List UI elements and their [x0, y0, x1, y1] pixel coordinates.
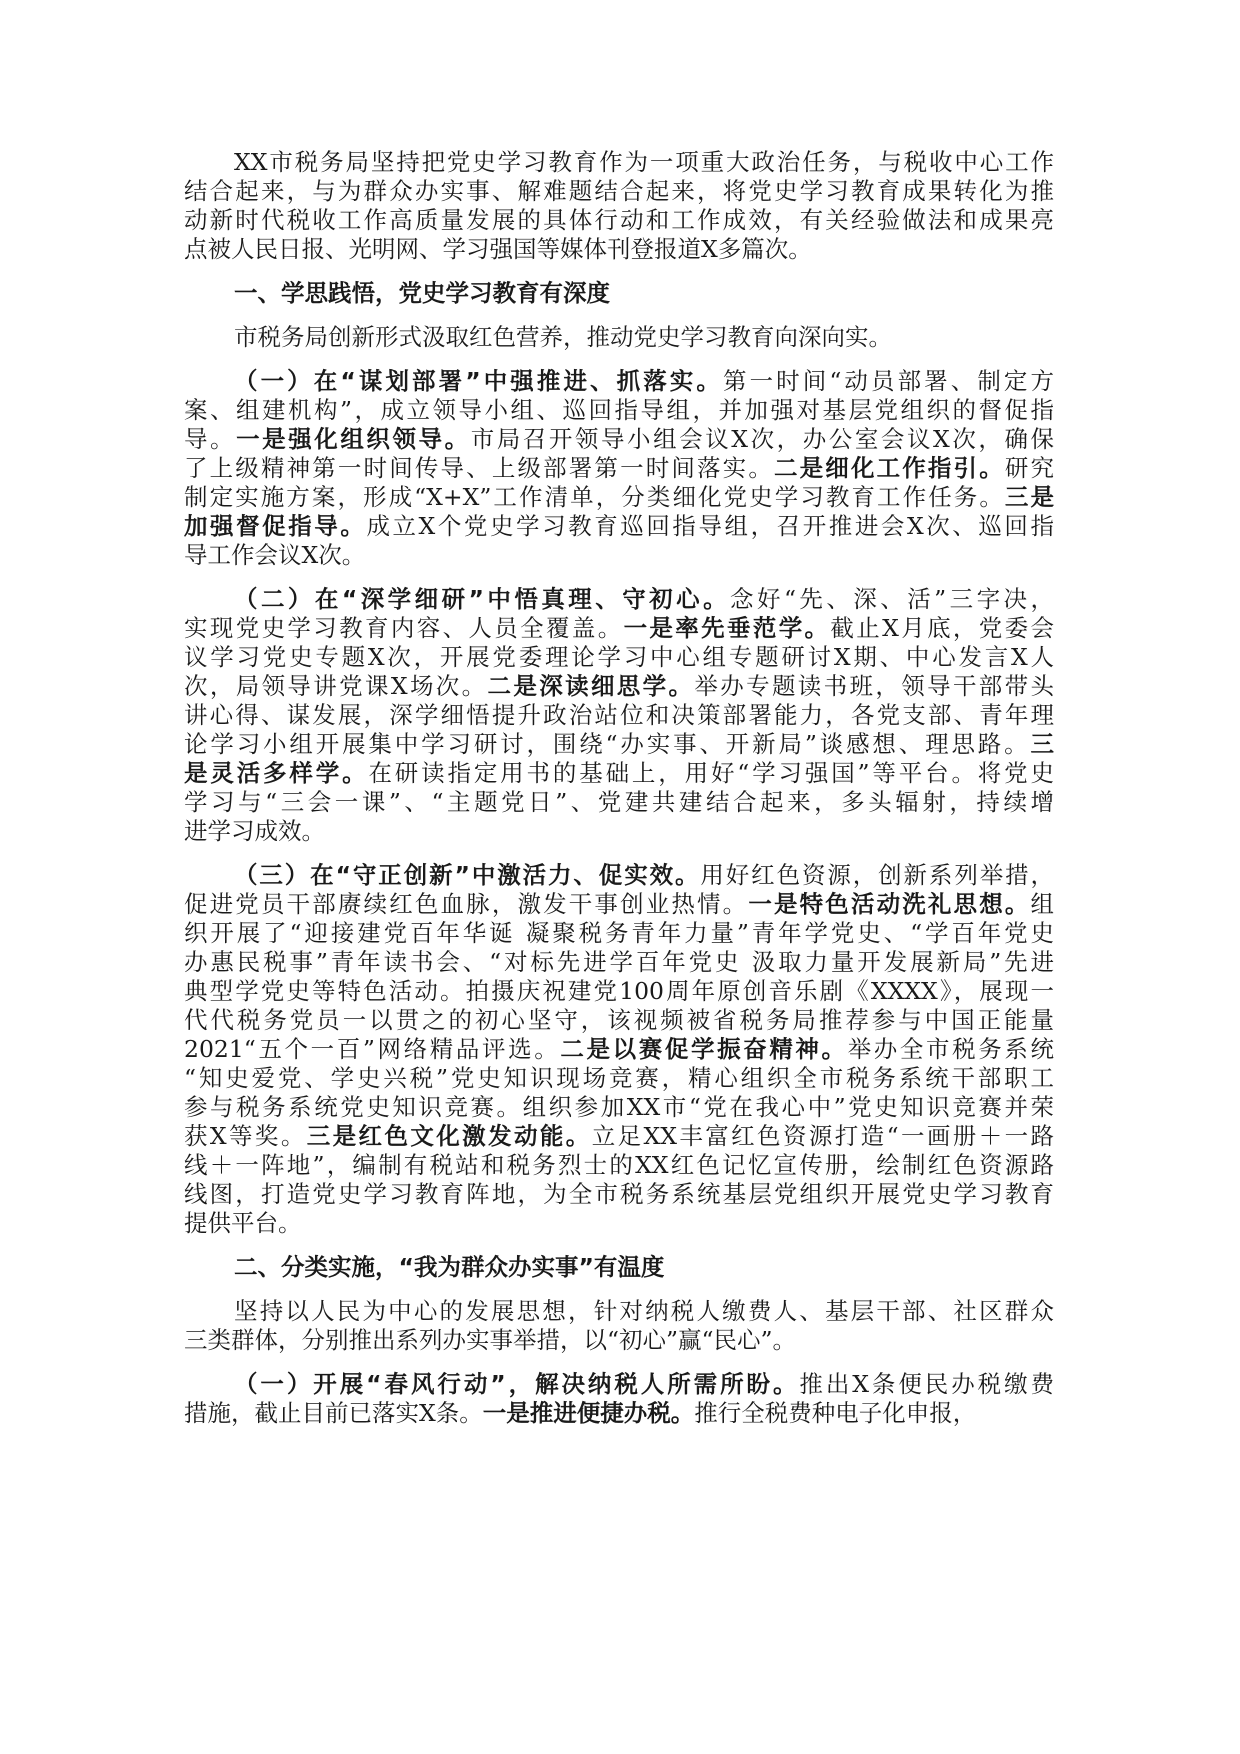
text-segment: 办惠民税事”青年读书会、“对标先进学百年党史 汲取力量开发展新局”先进: [184, 948, 1054, 976]
text-line: 次，局领导讲党课X场次。二是深读细思学。举办专题读书班，领导干部带头: [184, 672, 1054, 701]
text-segment: 典型学党史等特色活动。拍摄庆祝建党100周年原创音乐剧《XXXX》，展现一: [184, 977, 1054, 1005]
text-segment: “知史爱党、学史兴税”党史知识现场竞赛，精心组织全市税务系统干部职工: [184, 1064, 1054, 1092]
bold-text: 一是率先垂范学。: [624, 614, 831, 642]
text-segment: 措施，截止目前已落实X条。: [184, 1399, 483, 1427]
text-segment: 论学习小组开展集中学习研讨，围绕“办实事、开新局”谈感想、理思路。: [184, 730, 1031, 758]
text-segment: 导。: [184, 425, 236, 453]
text-segment: 成立X个党史学习教育巡回指导组，召开推进会X次、巡回指: [366, 512, 1054, 540]
text-segment: 研究: [1005, 454, 1054, 482]
text-segment: 三类群体，分别推出系列办实事举措，以“初心”赢“民心”。: [184, 1326, 796, 1354]
body-paragraph: （一）在“谋划部署”中强推进、抓落实。第一时间“动员部署、制定方案、组建机构”，…: [184, 367, 1054, 570]
text-line: 案、组建机构”，成立领导小组、巡回指导组，并加强对基层党组织的督促指: [184, 396, 1054, 425]
text-line: 提供平台。: [184, 1209, 1054, 1238]
text-segment: 提供平台。: [184, 1209, 302, 1237]
text-line: 导。一是强化组织领导。市局召开领导小组会议X次，办公室会议X次，确保: [184, 425, 1054, 454]
text-line: 是灵活多样学。在研读指定用书的基础上，用好“学习强国”等平台。将党史: [184, 759, 1054, 788]
text-segment: 进学习成效。: [184, 817, 325, 845]
bold-text: 二、分类实施，“我为群众办实事”有温度: [234, 1253, 664, 1281]
bold-text: （二）在“深学细研”中悟真理、守初心。: [234, 585, 730, 613]
text-line: 促进党员干部赓续红色血脉，激发干事创业热情。一是特色活动洗礼思想。组: [184, 890, 1054, 919]
text-segment: 立足XX丰富红色资源打造“一画册＋一路: [592, 1122, 1054, 1150]
text-line: 参与税务系统党史知识竞赛。组织参加XX市“党在我心中”党史知识竞赛并荣: [184, 1093, 1054, 1122]
bold-text: （一）在“谋划部署”中强推进、抓落实。: [234, 367, 723, 395]
text-line: 线＋一阵地”，编制有税站和税务烈士的XX红色记忆宣传册，绘制红色资源路: [184, 1151, 1054, 1180]
text-line: 代代税务党员一以贯之的初心坚守，该视频被省税务局推荐参与中国正能量: [184, 1006, 1054, 1035]
text-segment: 讲心得、谋发展，深学细悟提升政治站位和决策部署能力，各党支部、青年理: [184, 701, 1054, 729]
text-line: 二、分类实施，“我为群众办实事”有温度: [184, 1253, 1054, 1282]
body-paragraph: （一）开展“春风行动”，解决纳税人所需所盼。推出X条便民办税缴费措施，截止目前已…: [184, 1370, 1054, 1428]
text-line: 三类群体，分别推出系列办实事举措，以“初心”赢“民心”。: [184, 1326, 1054, 1355]
bold-text: 三是红色文化激发动能。: [307, 1122, 592, 1150]
section-heading: 一、学思践悟，党史学习教育有深度: [184, 279, 1054, 308]
text-segment: XX市税务局坚持把党史学习教育作为一项重大政治任务，与税收中心工作: [234, 148, 1054, 176]
text-line: 措施，截止目前已落实X条。一是推进便捷办税。推行全税费种电子化申报，: [184, 1399, 1054, 1428]
text-line: 结合起来，与为群众办实事、解难题结合起来，将党史学习教育成果转化为推: [184, 177, 1054, 206]
text-segment: 制定实施方案，形成“X+X”工作清单，分类细化党史学习教育工作任务。: [184, 483, 1005, 511]
text-line: 议学习党史专题X次，开展党委理论学习中心组专题研讨X期、中心发言X人: [184, 643, 1054, 672]
body-paragraph: 市税务局创新形式汲取红色营养，推动党史学习教育向深向实。: [184, 323, 1054, 352]
text-line: 点被人民日报、光明网、学习强国等媒体刊登报道X多篇次。: [184, 235, 1054, 264]
text-segment: 2021“五个一百”网络精品评选。: [184, 1035, 560, 1063]
text-line: 论学习小组开展集中学习研讨，围绕“办实事、开新局”谈感想、理思路。三: [184, 730, 1054, 759]
body-paragraph: （二）在“深学细研”中悟真理、守初心。念好“先、深、活”三字决，实现党史学习教育…: [184, 585, 1054, 846]
text-line: 获X等奖。三是红色文化激发动能。立足XX丰富红色资源打造“一画册＋一路: [184, 1122, 1054, 1151]
bold-text: 加强督促指导。: [184, 512, 366, 540]
text-segment: 了上级精神第一时间传导、上级部署第一时间落实。: [184, 454, 774, 482]
text-segment: 导工作会议X次。: [184, 541, 365, 569]
text-line: 加强督促指导。成立X个党史学习教育巡回指导组，召开推进会X次、巡回指: [184, 512, 1054, 541]
text-line: 动新时代税收工作高质量发展的具体行动和工作成效，有关经验做法和成果亮: [184, 206, 1054, 235]
text-segment: 代代税务党员一以贯之的初心坚守，该视频被省税务局推荐参与中国正能量: [184, 1006, 1054, 1034]
text-segment: 念好“先、深、活”三字决，: [730, 585, 1054, 613]
text-segment: 线图，打造党史学习教育阵地，为全市税务系统基层党组织开展党史学习教育: [184, 1180, 1054, 1208]
text-segment: 推行全税费种电子化申报，: [694, 1399, 976, 1427]
text-segment: 市税务局创新形式汲取红色营养，推动党史学习教育向深向实。: [234, 323, 892, 351]
document-page: XX市税务局坚持把党史学习教育作为一项重大政治任务，与税收中心工作结合起来，与为…: [184, 148, 1054, 1443]
text-line: XX市税务局坚持把党史学习教育作为一项重大政治任务，与税收中心工作: [184, 148, 1054, 177]
text-segment: 市局召开领导小组会议X次，办公室会议X次，确保: [471, 425, 1054, 453]
text-line: 2021“五个一百”网络精品评选。二是以赛促学振奋精神。举办全市税务系统: [184, 1035, 1054, 1064]
text-segment: 坚持以人民为中心的发展思想，针对纳税人缴费人、基层干部、社区群众: [234, 1297, 1054, 1325]
text-line: 导工作会议X次。: [184, 541, 1054, 570]
text-line: （二）在“深学细研”中悟真理、守初心。念好“先、深、活”三字决，: [184, 585, 1054, 614]
bold-text: 是灵活多样学。: [184, 759, 368, 787]
text-segment: 议学习党史专题X次，开展党委理论学习中心组专题研讨X期、中心发言X人: [184, 643, 1054, 671]
text-line: 了上级精神第一时间传导、上级部署第一时间落实。二是细化工作指引。研究: [184, 454, 1054, 483]
text-segment: 次，局领导讲党课X场次。: [184, 672, 488, 700]
bold-text: 二是深读细思学。: [488, 672, 695, 700]
text-line: 实现党史学习教育内容、人员全覆盖。一是率先垂范学。截止X月底，党委会: [184, 614, 1054, 643]
bold-text: 一是特色活动洗礼思想。: [748, 890, 1030, 918]
text-line: 讲心得、谋发展，深学细悟提升政治站位和决策部署能力，各党支部、青年理: [184, 701, 1054, 730]
body-paragraph: XX市税务局坚持把党史学习教育作为一项重大政治任务，与税收中心工作结合起来，与为…: [184, 148, 1054, 264]
text-line: 办惠民税事”青年读书会、“对标先进学百年党史 汲取力量开发展新局”先进: [184, 948, 1054, 977]
text-segment: 用好红色资源，创新系列举措，: [700, 861, 1054, 889]
text-segment: 促进党员干部赓续红色血脉，激发干事创业热情。: [184, 890, 748, 918]
text-line: （三）在“守正创新”中激活力、促实效。用好红色资源，创新系列举措，: [184, 861, 1054, 890]
text-segment: 案、组建机构”，成立领导小组、巡回指导组，并加强对基层党组织的督促指: [184, 396, 1054, 424]
text-segment: 截止X月底，党委会: [830, 614, 1054, 642]
text-segment: 举办专题读书班，领导干部带头: [694, 672, 1054, 700]
text-line: 进学习成效。: [184, 817, 1054, 846]
section-heading: 二、分类实施，“我为群众办实事”有温度: [184, 1253, 1054, 1282]
text-line: （一）在“谋划部署”中强推进、抓落实。第一时间“动员部署、制定方: [184, 367, 1054, 396]
body-paragraph: 坚持以人民为中心的发展思想，针对纳税人缴费人、基层干部、社区群众三类群体，分别推…: [184, 1297, 1054, 1355]
text-line: 坚持以人民为中心的发展思想，针对纳税人缴费人、基层干部、社区群众: [184, 1297, 1054, 1326]
bold-text: 一是推进便捷办税。: [483, 1399, 695, 1427]
text-segment: 线＋一阵地”，编制有税站和税务烈士的XX红色记忆宣传册，绘制红色资源路: [184, 1151, 1054, 1179]
text-segment: 获X等奖。: [184, 1122, 307, 1150]
text-line: 一、学思践悟，党史学习教育有深度: [184, 279, 1054, 308]
text-segment: 组: [1031, 890, 1055, 918]
text-segment: 举办全市税务系统: [848, 1035, 1054, 1063]
bold-text: 二是细化工作指引。: [774, 454, 1005, 482]
text-line: 织开展了“迎接建党百年华诞 凝聚税务青年力量”青年学党史、“学百年党史: [184, 919, 1054, 948]
bold-text: 三: [1031, 730, 1055, 758]
text-segment: 结合起来，与为群众办实事、解难题结合起来，将党史学习教育成果转化为推: [184, 177, 1054, 205]
text-line: “知史爱党、学史兴税”党史知识现场竞赛，精心组织全市税务系统干部职工: [184, 1064, 1054, 1093]
text-segment: 动新时代税收工作高质量发展的具体行动和工作成效，有关经验做法和成果亮: [184, 206, 1054, 234]
text-line: 市税务局创新形式汲取红色营养，推动党史学习教育向深向实。: [184, 323, 1054, 352]
text-segment: 学习与“三会一课”、“主题党日”、党建共建结合起来，多头辐射，持续增: [184, 788, 1054, 816]
text-line: 线图，打造党史学习教育阵地，为全市税务系统基层党组织开展党史学习教育: [184, 1180, 1054, 1209]
text-segment: 参与税务系统党史知识竞赛。组织参加XX市“党在我心中”党史知识竞赛并荣: [184, 1093, 1054, 1121]
text-line: （一）开展“春风行动”，解决纳税人所需所盼。推出X条便民办税缴费: [184, 1370, 1054, 1399]
bold-text: 一、学思践悟，党史学习教育有深度: [234, 279, 610, 307]
text-segment: 第一时间“动员部署、制定方: [723, 367, 1054, 395]
text-segment: 点被人民日报、光明网、学习强国等媒体刊登报道X多篇次。: [184, 235, 812, 263]
bold-text: 一是强化组织领导。: [236, 425, 471, 453]
text-line: 学习与“三会一课”、“主题党日”、党建共建结合起来，多头辐射，持续增: [184, 788, 1054, 817]
text-segment: 织开展了“迎接建党百年华诞 凝聚税务青年力量”青年学党史、“学百年党史: [184, 919, 1054, 947]
text-segment: 推出X条便民办税缴费: [799, 1370, 1054, 1398]
bold-text: 二是以赛促学振奋精神。: [560, 1035, 847, 1063]
bold-text: （一）开展“春风行动”，解决纳税人所需所盼。: [234, 1370, 799, 1398]
text-segment: 在研读指定用书的基础上，用好“学习强国”等平台。将党史: [368, 759, 1054, 787]
body-paragraph: （三）在“守正创新”中激活力、促实效。用好红色资源，创新系列举措，促进党员干部赓…: [184, 861, 1054, 1238]
text-line: 典型学党史等特色活动。拍摄庆祝建党100周年原创音乐剧《XXXX》，展现一: [184, 977, 1054, 1006]
text-line: 制定实施方案，形成“X+X”工作清单，分类细化党史学习教育工作任务。三是: [184, 483, 1054, 512]
text-segment: 实现党史学习教育内容、人员全覆盖。: [184, 614, 624, 642]
bold-text: （三）在“守正创新”中激活力、促实效。: [234, 861, 700, 889]
bold-text: 三是: [1005, 483, 1054, 511]
